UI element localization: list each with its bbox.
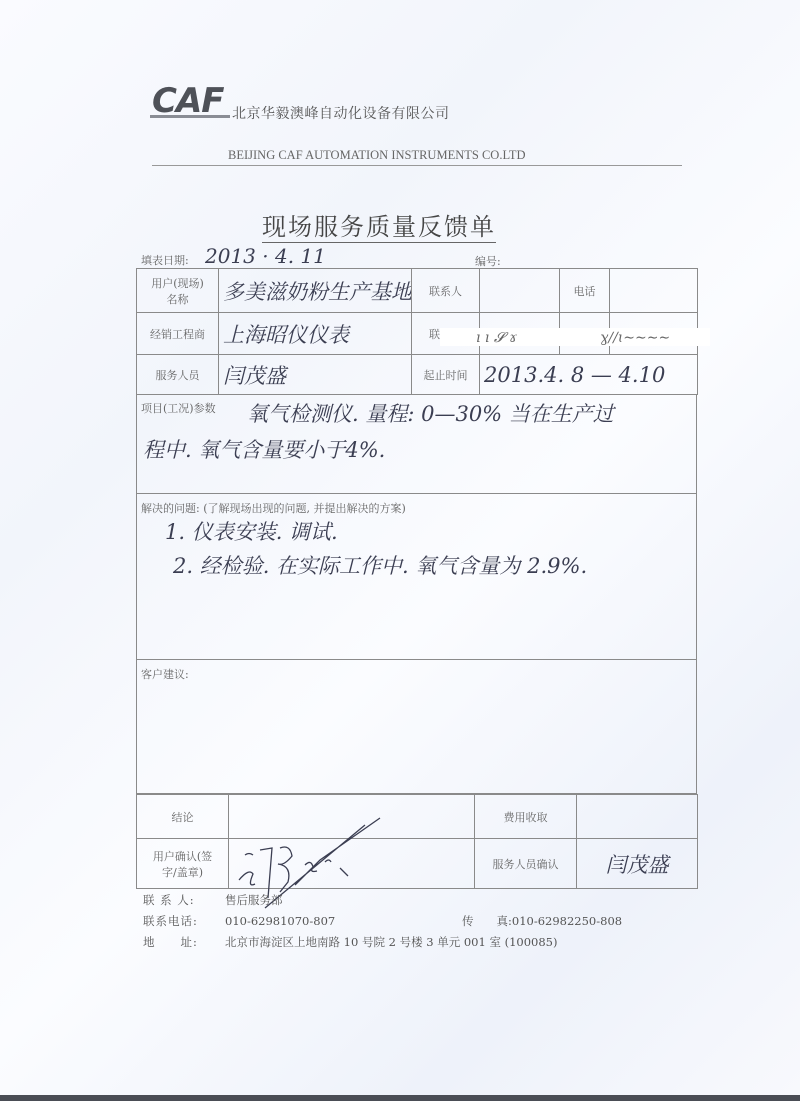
logo-tagline-bar bbox=[150, 115, 230, 118]
fee-label: 费用收取 bbox=[475, 795, 577, 839]
redacted-contact-trace: ı ı 𝓢 ɤ bbox=[476, 330, 517, 346]
staff-confirm-value: 闫茂盛 bbox=[577, 839, 698, 889]
solution-line-1: 1. 仪表安装. 调试. bbox=[165, 516, 338, 546]
user-site-value: 多美滋奶粉生产基地 bbox=[219, 269, 412, 313]
table-row: 服务人员 闫茂盛 起止时间 2013.4. 8 — 4.10 bbox=[137, 355, 698, 395]
footer-address-key: 地 址: bbox=[143, 934, 225, 950]
label-line: 用户(现场) bbox=[141, 275, 214, 291]
fill-date-value: 2013 · 4. 11 bbox=[205, 244, 326, 268]
scan-edge bbox=[0, 1095, 800, 1101]
label-line: 名称 bbox=[141, 291, 214, 307]
staff-confirm-label: 服务人员确认 bbox=[475, 839, 577, 889]
footer-phone-value: 010-62981070-807 bbox=[225, 914, 335, 928]
fill-date-label: 填表日期: bbox=[141, 252, 189, 268]
customer-suggestion-section: 客户建议: bbox=[136, 660, 697, 794]
form-title: 现场服务质量反馈单 bbox=[262, 212, 496, 243]
contact-label: 联系人 bbox=[412, 269, 480, 313]
user-confirm-label: 用户确认(签 字/盖章) bbox=[137, 839, 229, 889]
footer-fax-key: 传 真: bbox=[462, 914, 512, 928]
label-line: 字/盖章) bbox=[138, 864, 227, 880]
dealer-value: 上海昭仪仪表 bbox=[219, 313, 412, 355]
footer-phone: 联系电话:010-62981070-807 bbox=[143, 913, 335, 929]
fee-value bbox=[577, 795, 698, 839]
table-row: 用户确认(签 字/盖章) 服务人员确认 闫茂盛 bbox=[137, 839, 698, 889]
footer-contact-value: 售后服务部 bbox=[225, 893, 283, 907]
table-row: 结论 费用收取 bbox=[137, 795, 698, 839]
company-name-cn: 北京华毅澳峰自动化设备有限公司 bbox=[232, 103, 450, 123]
project-line-2: 程中. 氧气含量要小于4%. bbox=[143, 434, 385, 464]
redacted-phone-trace: ɣ∕∕ɩ∼∼∼∼ bbox=[600, 330, 670, 346]
service-staff-label: 服务人员 bbox=[137, 355, 219, 395]
project-parameters-label: 项目(工况)参数 bbox=[141, 400, 216, 416]
solution-label: 解决的问题: (了解现场出现的问题, 并提出解决的方案) bbox=[141, 500, 406, 516]
solution-line-2: 2. 经检验. 在实际工作中. 氧气含量为 2.9%. bbox=[173, 550, 587, 580]
footer-phone-key: 联系电话: bbox=[143, 913, 225, 929]
company-name-en: BEIJING CAF AUTOMATION INSTRUMENTS CO.LT… bbox=[228, 148, 526, 163]
footer-fax-value: 010-62982250-808 bbox=[512, 914, 622, 928]
signoff-table: 结论 费用收取 用户确认(签 字/盖章) 服务人员确认 闫茂盛 bbox=[136, 794, 698, 889]
serial-number-label: 编号: bbox=[475, 253, 501, 269]
footer-contact-key: 联 系 人: bbox=[143, 892, 225, 908]
solution-section: 解决的问题: (了解现场出现的问题, 并提出解决的方案) 1. 仪表安装. 调试… bbox=[136, 494, 697, 660]
footer-fax: 传 真:010-62982250-808 bbox=[462, 913, 622, 929]
table-row: 用户(现场) 名称 多美滋奶粉生产基地 联系人 电话 bbox=[137, 269, 698, 313]
dealer-label: 经销工程商 bbox=[137, 313, 219, 355]
footer-address: 地 址:北京市海淀区上地南路 10 号院 2 号楼 3 单元 001 室 (10… bbox=[143, 934, 558, 950]
caf-logo: CAF bbox=[152, 86, 224, 116]
user-site-label: 用户(现场) 名称 bbox=[137, 269, 219, 313]
phone-value bbox=[610, 269, 698, 313]
phone-label: 电话 bbox=[560, 269, 610, 313]
label-line: 用户确认(签 bbox=[138, 848, 227, 864]
project-line-1: 氧气检测仪. 量程: 0—30% 当在生产过 bbox=[247, 398, 614, 428]
project-parameters-section: 项目(工况)参数 氧气检测仪. 量程: 0—30% 当在生产过 程中. 氧气含量… bbox=[136, 394, 697, 494]
footer-contact: 联 系 人:售后服务部 bbox=[143, 892, 283, 908]
service-staff-value: 闫茂盛 bbox=[219, 355, 412, 395]
header-divider bbox=[152, 165, 682, 166]
period-label: 起止时间 bbox=[412, 355, 480, 395]
conclusion-label: 结论 bbox=[137, 795, 229, 839]
contact-value bbox=[480, 269, 560, 313]
footer-address-value: 北京市海淀区上地南路 10 号院 2 号楼 3 单元 001 室 (100085… bbox=[225, 935, 558, 949]
customer-suggestion-label: 客户建议: bbox=[141, 666, 189, 682]
period-value: 2013.4. 8 — 4.10 bbox=[480, 355, 698, 395]
